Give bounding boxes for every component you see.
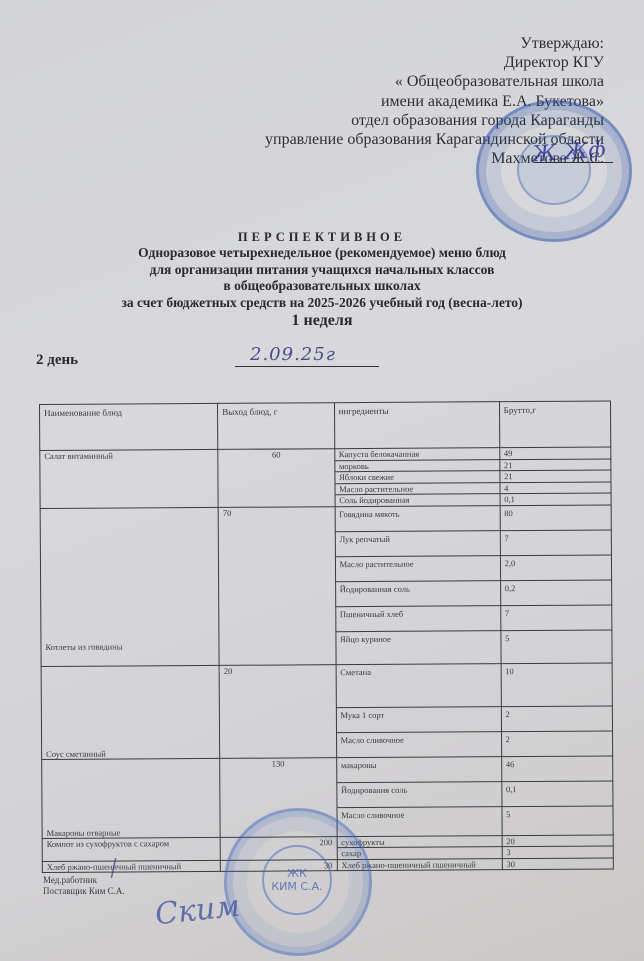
official-stamp-icon <box>476 100 632 242</box>
table-row: Котлеты из говядины 70 Говядина мякоть 8… <box>40 505 611 533</box>
approval-line: Директор КГУ <box>265 53 604 72</box>
title-line: для организации питания учащихся начальн… <box>0 262 644 279</box>
dish-output: 70 <box>218 506 335 665</box>
document-title: ПЕРСПЕКТИВНОЕ Одноразовое четырехнедельн… <box>0 229 644 331</box>
supplier-stamp-icon: ЖК КИМ С.А. <box>224 808 372 956</box>
ingredient-name: Соль йодированная <box>335 494 500 507</box>
dish-name: Компот из сухофруктов с сахаром <box>42 837 220 861</box>
ingredient-gross: 21 <box>500 470 611 482</box>
ingredient-name: Яблоки свежие <box>335 471 500 484</box>
dish-name: Соус сметанный <box>41 665 220 759</box>
header-gross: Брутто,г <box>499 401 611 448</box>
menu-table: Наименование блюд Выход блюд, г ингредие… <box>39 401 614 873</box>
ingredient-name: Масло растительное <box>335 555 500 581</box>
ingredient-gross: 30 <box>502 858 613 870</box>
ingredient-gross: 2 <box>501 706 613 732</box>
ingredient-gross: 7 <box>500 605 612 631</box>
day-label: 2 день <box>36 352 78 369</box>
ingredient-gross: 5 <box>502 806 614 836</box>
approval-line: Утверждаю: <box>265 34 604 53</box>
table-row: Макароны отварные 130 макароны 46 <box>42 756 613 784</box>
approval-line: « Общеобразовательная школа <box>265 72 604 91</box>
ingredient-gross: 4 <box>500 482 611 494</box>
dish-name: Котлеты из говядины <box>40 507 219 666</box>
ingredient-gross: 7 <box>500 530 612 556</box>
ingredient-gross: 0,1 <box>500 493 611 505</box>
ingredient-name: Масло растительное <box>335 482 500 495</box>
ingredient-name: Сметана <box>336 663 501 707</box>
week-label: 1 неделя <box>0 311 644 331</box>
ingredient-gross: 10 <box>501 663 613 707</box>
signature-line <box>535 162 613 163</box>
header-dish-name: Наименование блюд <box>40 403 218 450</box>
ingredient-gross: 20 <box>502 835 613 847</box>
dish-name: Салат витаминный <box>40 449 219 508</box>
stamp-text: ЖК <box>287 867 307 880</box>
ingredient-name: Яйцо куриное <box>335 630 500 664</box>
ingredient-gross: 2,0 <box>500 555 612 581</box>
ingredient-name: морковь <box>334 459 499 472</box>
ingredient-name: Масло сливочное <box>336 731 501 757</box>
ingredient-gross: 80 <box>500 505 612 531</box>
supplier-signature: Ским <box>153 889 241 933</box>
header-ingredients: ингредиенты <box>334 402 499 449</box>
ingredient-gross: 49 <box>499 447 610 459</box>
title-line: за счет бюджетных средств на 2025-2026 у… <box>0 295 644 312</box>
ingredient-name: макароны <box>336 756 501 782</box>
dish-name: Хлеб ржано-пшеничный пшеничный <box>42 860 220 873</box>
title-line: Одноразовое четырехнедельное (рекомендуе… <box>0 245 644 262</box>
ingredient-gross: 3 <box>502 846 613 858</box>
ingredient-name: Пшеничный хлеб <box>335 605 500 631</box>
ingredient-gross: 2 <box>501 731 613 757</box>
header-output: Выход блюд, г <box>218 403 335 450</box>
ingredient-gross: 0,1 <box>501 781 613 807</box>
ingredient-gross: 46 <box>501 756 613 782</box>
title-heading: ПЕРСПЕКТИВНОЕ <box>0 229 644 245</box>
stamp-text: КИМ С.А. <box>271 880 322 893</box>
ingredient-name: Лук репчатый <box>335 530 500 556</box>
ingredient-name: Говядина мякоть <box>335 505 500 531</box>
dish-output: 20 <box>219 664 336 758</box>
table-header-row: Наименование блюд Выход блюд, г ингредие… <box>40 401 611 450</box>
ingredient-name: Капуста белокачанная <box>334 448 499 461</box>
handwritten-date: 2.09.25г <box>250 344 336 365</box>
date-underline <box>235 366 379 367</box>
ingredient-name: Масло сливочное <box>337 806 502 836</box>
ingredient-gross: 0,2 <box>500 580 612 606</box>
supplier-label: Поставщик Ким С.А. <box>43 886 125 897</box>
dish-output: 60 <box>218 449 335 507</box>
ingredient-gross: 21 <box>499 459 610 471</box>
dish-name: Макароны отварные <box>42 758 221 838</box>
table-row: Соус сметанный 20 Сметана 10 <box>41 663 612 709</box>
director-signature: Ж.Жф <box>531 137 606 167</box>
title-line: в общеобразовательных школах <box>0 278 644 295</box>
ingredient-name: Йодированная соль <box>335 580 500 606</box>
ingredient-name: Йодирования соль <box>336 781 501 807</box>
stamp-center: ЖК КИМ С.А. <box>262 845 332 915</box>
ingredient-gross: 5 <box>500 630 612 664</box>
ingredient-name: Мука 1 сорт <box>336 706 501 732</box>
